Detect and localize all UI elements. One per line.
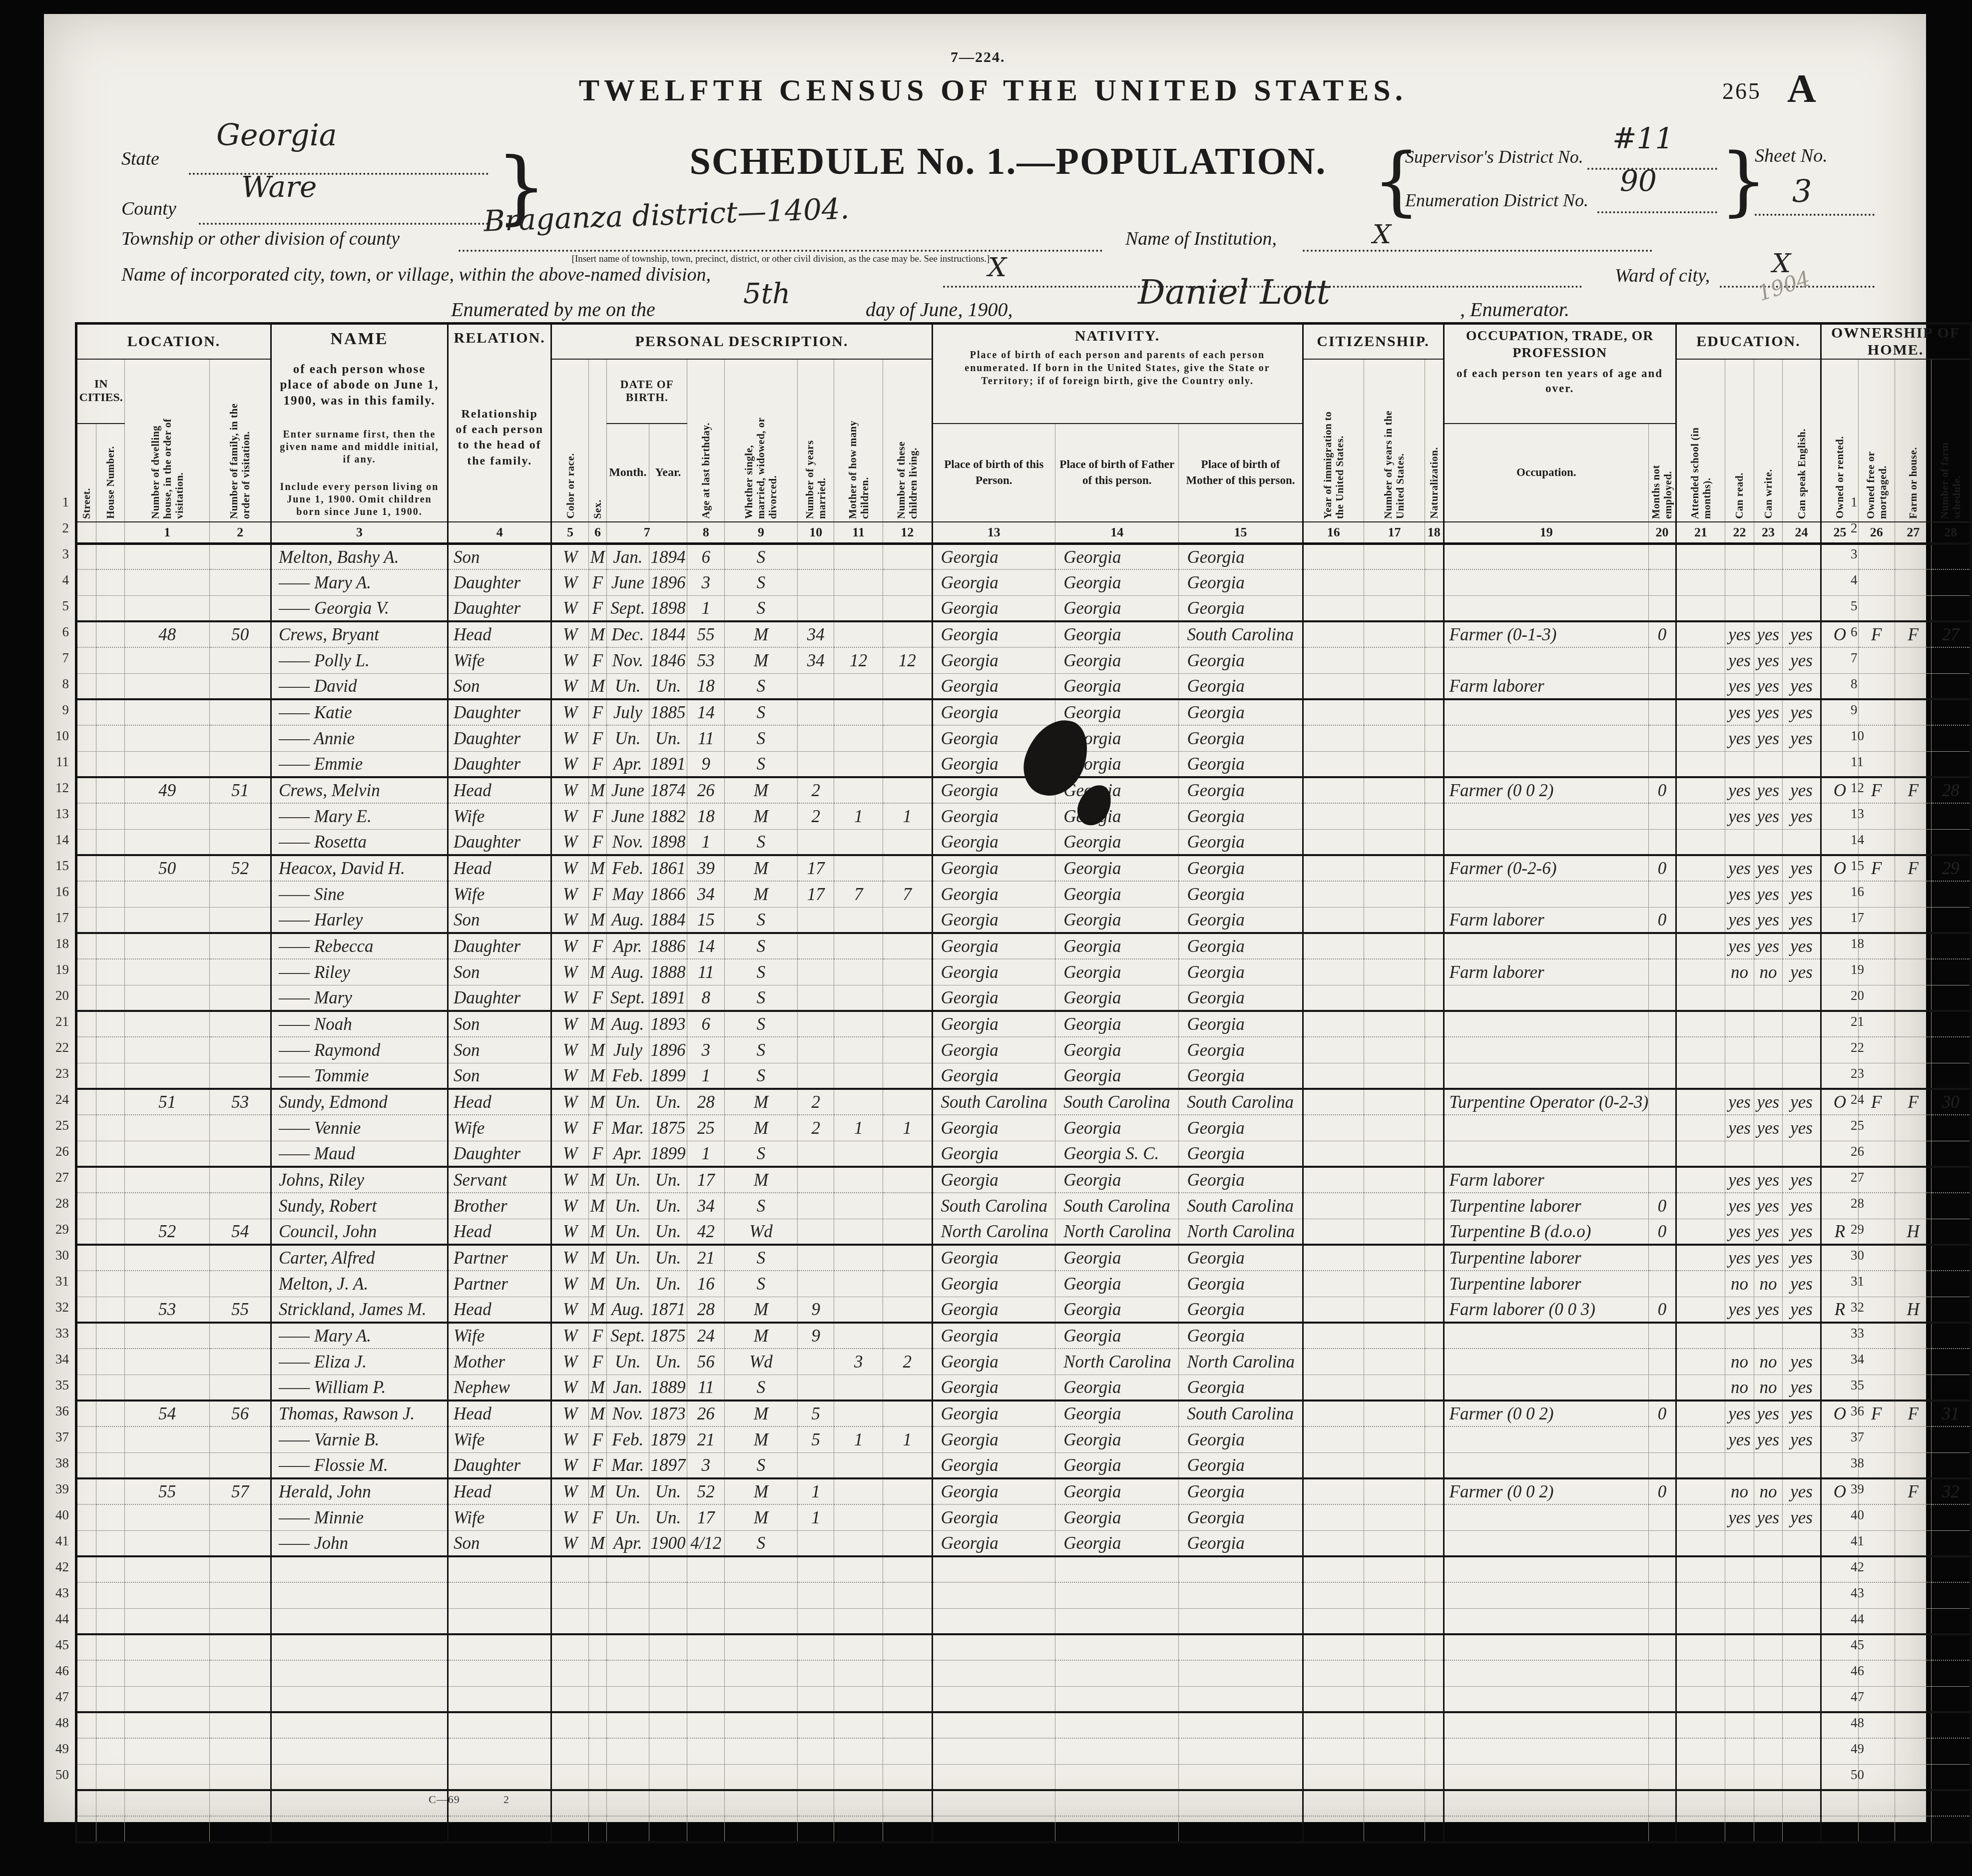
cell-pob_mother: South Carolina xyxy=(1179,621,1303,647)
cell-family xyxy=(210,1349,271,1375)
cell-farm_schedule: 32 xyxy=(1932,1478,1971,1504)
cell-pob_mother: Georgia xyxy=(1179,1478,1303,1504)
cell-farm_schedule xyxy=(1932,1608,1971,1634)
cell-children_living xyxy=(883,1530,932,1556)
cell-relation: Daughter xyxy=(448,985,551,1011)
cell-house xyxy=(96,1297,124,1323)
cell-marital: S xyxy=(725,699,798,725)
cell-pob xyxy=(932,1634,1055,1660)
cell-farm_house xyxy=(1895,751,1932,777)
cell-occupation xyxy=(1444,1582,1649,1608)
cell-can_read xyxy=(1725,1530,1754,1556)
cell-children_living xyxy=(883,1167,932,1193)
cell-street xyxy=(76,1297,96,1323)
row-number-right: 15 xyxy=(1851,853,1881,879)
cell-street xyxy=(76,1271,96,1297)
cell-pob: Georgia xyxy=(932,647,1055,673)
col-street-header: Street. xyxy=(76,424,96,522)
cell-family xyxy=(210,959,271,985)
cell-months_not_employed: 0 xyxy=(1649,1193,1676,1219)
table-row: —— VennieWifeWFMar.187525M211GeorgiaGeor… xyxy=(76,1115,1971,1141)
page-number: 265 xyxy=(1722,78,1761,104)
cell-sex xyxy=(588,1556,606,1582)
cell-age: 8 xyxy=(687,985,725,1011)
cell-dwelling: 54 xyxy=(125,1401,210,1426)
cell-can_english: yes xyxy=(1783,1375,1821,1401)
col-immigration-header: Year of immigration to the United States… xyxy=(1303,359,1364,522)
cell-farm_house xyxy=(1895,1141,1932,1167)
cell-can_english xyxy=(1783,829,1821,855)
cell-can_english: yes xyxy=(1783,959,1821,985)
cell-month xyxy=(607,1556,649,1582)
cell-can_write xyxy=(1754,543,1782,569)
cell-year: 1875 xyxy=(649,1115,687,1141)
cell-can_read xyxy=(1725,1323,1754,1349)
cell-family xyxy=(210,751,271,777)
cell-can_english xyxy=(1783,1816,1821,1842)
cell-name xyxy=(271,1634,448,1660)
cell-family xyxy=(210,647,271,673)
row-numbers-left: 1234567891011121314151617181920212223242… xyxy=(46,489,69,1788)
cell-pob_father: North Carolina xyxy=(1055,1219,1179,1245)
cell-mother_of xyxy=(834,1037,883,1063)
cell-can_read xyxy=(1725,1790,1754,1816)
cell-occupation xyxy=(1444,1375,1649,1401)
cell-marital xyxy=(725,1686,798,1712)
cell-farm_schedule xyxy=(1932,881,1971,907)
cell-relation: Partner xyxy=(448,1245,551,1271)
cell-relation: Daughter xyxy=(448,569,551,595)
cell-relation: Daughter xyxy=(448,1141,551,1167)
cell-children_living xyxy=(883,829,932,855)
cell-farm_schedule xyxy=(1932,1686,1971,1712)
cell-yrs_us xyxy=(1364,1686,1425,1712)
cell-school xyxy=(1676,1089,1725,1115)
cell-naturalization xyxy=(1425,1634,1444,1660)
cell-can_english: yes xyxy=(1783,699,1821,725)
cell-sex xyxy=(588,1712,606,1738)
cell-marital xyxy=(725,1608,798,1634)
cell-month: July xyxy=(607,699,649,725)
cell-mother_of: 1 xyxy=(834,1115,883,1141)
cell-farm_house: F xyxy=(1895,855,1932,881)
cell-name: Johns, Riley xyxy=(271,1167,448,1193)
cell-mother_of xyxy=(834,673,883,699)
cell-dwelling xyxy=(125,803,210,829)
cell-can_read: no xyxy=(1725,1478,1754,1504)
cell-house xyxy=(96,1634,124,1660)
cell-house xyxy=(96,1115,124,1141)
cell-can_english xyxy=(1783,1141,1821,1167)
cell-occupation: Farmer (0 0 2) xyxy=(1444,1478,1649,1504)
cell-month xyxy=(607,1660,649,1686)
cell-age xyxy=(687,1582,725,1608)
cell-children_living xyxy=(883,569,932,595)
cell-months_not_employed: 0 xyxy=(1649,1401,1676,1426)
cell-children_living xyxy=(883,621,932,647)
cell-month: Dec. xyxy=(607,621,649,647)
cell-family xyxy=(210,1764,271,1790)
cell-can_read xyxy=(1725,829,1754,855)
cell-age: 15 xyxy=(687,907,725,933)
cell-sex: F xyxy=(588,751,606,777)
cell-relation: Head xyxy=(448,855,551,881)
cell-mother_of: 3 xyxy=(834,1349,883,1375)
cell-pob xyxy=(932,1608,1055,1634)
cell-sex: M xyxy=(588,777,606,803)
cell-name: Carter, Alfred xyxy=(271,1245,448,1271)
row-number-left: 14 xyxy=(46,827,69,853)
cell-naturalization xyxy=(1425,543,1444,569)
cell-can_read: yes xyxy=(1725,777,1754,803)
cell-age: 53 xyxy=(687,647,725,673)
cell-street xyxy=(76,1816,96,1842)
cell-dwelling xyxy=(125,1426,210,1452)
cell-can_write: yes xyxy=(1754,777,1782,803)
cell-farm_schedule xyxy=(1932,1426,1971,1452)
cell-relation: Son xyxy=(448,673,551,699)
cell-school xyxy=(1676,1452,1725,1478)
cell-yrs_us xyxy=(1364,1219,1425,1245)
row-number-left: 42 xyxy=(46,1554,69,1580)
cell-occupation xyxy=(1444,1634,1649,1660)
cell-yrs_us xyxy=(1364,1089,1425,1115)
col-pob-person-header: Place of birth of this Person. xyxy=(932,424,1055,522)
table-row: —— Flossie M.DaughterWFMar.18973SGeorgia… xyxy=(76,1452,1971,1478)
cell-pob_father: North Carolina xyxy=(1055,1349,1179,1375)
cell-yrs_us xyxy=(1364,1193,1425,1219)
cell-yrs_married: 2 xyxy=(797,777,834,803)
cell-age: 21 xyxy=(687,1426,725,1452)
table-row: 5254Council, JohnHeadWMUn.Un.42WdNorth C… xyxy=(76,1219,1971,1245)
cell-naturalization xyxy=(1425,647,1444,673)
cell-imm_year xyxy=(1303,1011,1364,1037)
column-number: 21 xyxy=(1676,522,1725,544)
cell-year: Un. xyxy=(649,1245,687,1271)
cell-pob xyxy=(932,1764,1055,1790)
date-of-birth-header: DATE OF BIRTH. xyxy=(607,359,687,424)
cell-color: W xyxy=(551,543,588,569)
row-number-right: 26 xyxy=(1851,1138,1881,1164)
cell-naturalization xyxy=(1425,1530,1444,1556)
cell-school xyxy=(1676,1401,1725,1426)
cell-children_living xyxy=(883,1401,932,1426)
cell-can_english xyxy=(1783,1712,1821,1738)
cell-occupation xyxy=(1444,1790,1649,1816)
group-nativity: NATIVITY. Place of birth of each person … xyxy=(932,324,1303,424)
row-number-right: 6 xyxy=(1851,619,1881,645)
cell-imm_year xyxy=(1303,751,1364,777)
cell-months_not_employed xyxy=(1649,829,1676,855)
cell-relation: Wife xyxy=(448,1426,551,1452)
row-number-right: 50 xyxy=(1851,1762,1881,1788)
cell-color: W xyxy=(551,1530,588,1556)
cell-can_read xyxy=(1725,1556,1754,1582)
cell-pob: Georgia xyxy=(932,855,1055,881)
cell-sex xyxy=(588,1608,606,1634)
cell-marital: S xyxy=(725,725,798,751)
cell-house xyxy=(96,647,124,673)
cell-age: 11 xyxy=(687,959,725,985)
cell-school xyxy=(1676,1712,1725,1738)
cell-pob_mother xyxy=(1179,1764,1303,1790)
cell-pob: Georgia xyxy=(932,1063,1055,1089)
cell-dwelling xyxy=(125,751,210,777)
cell-sex: M xyxy=(588,1011,606,1037)
cell-sex: F xyxy=(588,725,606,751)
cell-yrs_us xyxy=(1364,1011,1425,1037)
cell-house xyxy=(96,699,124,725)
cell-pob_father xyxy=(1055,1634,1179,1660)
cell-mother_of xyxy=(834,1582,883,1608)
cell-relation xyxy=(448,1582,551,1608)
cell-yrs_us xyxy=(1364,1323,1425,1349)
cell-year: Un. xyxy=(649,1167,687,1193)
cell-can_write: yes xyxy=(1754,1245,1782,1271)
cell-children_living xyxy=(883,1089,932,1115)
cell-house xyxy=(96,1712,124,1738)
group-location: LOCATION. xyxy=(76,324,271,360)
census-table: LOCATION. NAME of each person whose plac… xyxy=(75,322,1972,1844)
cell-occupation: Farmer (0 0 2) xyxy=(1444,1401,1649,1426)
cell-imm_year xyxy=(1303,1089,1364,1115)
cell-farm_schedule: 28 xyxy=(1932,777,1971,803)
cell-sex xyxy=(588,1634,606,1660)
cell-name: Crews, Melvin xyxy=(271,777,448,803)
cell-sex: F xyxy=(588,1452,606,1478)
row-number-left: 10 xyxy=(46,723,69,749)
cell-yrs_us xyxy=(1364,1037,1425,1063)
cell-family xyxy=(210,829,271,855)
cell-can_read: yes xyxy=(1725,1167,1754,1193)
cell-mother_of xyxy=(834,699,883,725)
cell-school xyxy=(1676,933,1725,959)
cell-marital: S xyxy=(725,543,798,569)
cell-months_not_employed xyxy=(1649,1245,1676,1271)
cell-farm_house xyxy=(1895,569,1932,595)
cell-imm_year xyxy=(1303,1478,1364,1504)
row-number-right: 24 xyxy=(1851,1086,1881,1112)
cell-age: 28 xyxy=(687,1297,725,1323)
cell-occupation: Turpentine Operator (0-2-3) xyxy=(1444,1089,1649,1115)
cell-imm_year xyxy=(1303,829,1364,855)
cell-house xyxy=(96,1089,124,1115)
cell-dwelling xyxy=(125,829,210,855)
row-number-left: 7 xyxy=(46,645,69,671)
cell-occupation xyxy=(1444,1323,1649,1349)
cell-street xyxy=(76,1115,96,1141)
cell-year xyxy=(649,1764,687,1790)
cell-sex: F xyxy=(588,569,606,595)
cell-school xyxy=(1676,1426,1725,1452)
cell-color: W xyxy=(551,1375,588,1401)
cell-pob_father: Georgia xyxy=(1055,1375,1179,1401)
row-number-left: 4 xyxy=(46,567,69,593)
cell-house xyxy=(96,933,124,959)
cell-color: W xyxy=(551,725,588,751)
name-note1: Enter surname first, then the given name… xyxy=(277,429,442,466)
cell-street xyxy=(76,1634,96,1660)
cell-family xyxy=(210,699,271,725)
cell-pob: Georgia xyxy=(932,1375,1055,1401)
cell-relation: Mother xyxy=(448,1349,551,1375)
cell-age xyxy=(687,1790,725,1816)
cell-house xyxy=(96,1037,124,1063)
table-row xyxy=(76,1816,1971,1842)
row-number-left: 20 xyxy=(46,982,69,1008)
cell-street xyxy=(76,907,96,933)
cell-house xyxy=(96,985,124,1011)
cell-mother_of: 12 xyxy=(834,647,883,673)
cell-months_not_employed xyxy=(1649,1582,1676,1608)
cell-street xyxy=(76,1478,96,1504)
cell-month: Aug. xyxy=(607,959,649,985)
cell-year xyxy=(649,1816,687,1842)
cell-yrs_married xyxy=(797,595,834,621)
row-number-left: 48 xyxy=(46,1710,69,1736)
cell-year xyxy=(649,1556,687,1582)
cell-year: 1846 xyxy=(649,647,687,673)
row-number-right: 35 xyxy=(1851,1372,1881,1398)
row-number-left: 8 xyxy=(46,671,69,697)
cell-farm_schedule xyxy=(1932,1245,1971,1271)
cell-house xyxy=(96,1011,124,1037)
cell-mother_of xyxy=(834,1219,883,1245)
row-number-right: 4 xyxy=(1851,567,1881,593)
cell-relation xyxy=(448,1556,551,1582)
cell-can_read: no xyxy=(1725,959,1754,985)
row-number-right: 18 xyxy=(1851,931,1881,956)
cell-children_living: 2 xyxy=(883,1349,932,1375)
cell-children_living: 1 xyxy=(883,1426,932,1452)
cell-house xyxy=(96,1790,124,1816)
cell-yrs_us xyxy=(1364,1504,1425,1530)
cell-occupation: Farmer (0 0 2) xyxy=(1444,777,1649,803)
cell-month: Un. xyxy=(607,1193,649,1219)
cell-naturalization xyxy=(1425,1193,1444,1219)
cell-yrs_us xyxy=(1364,647,1425,673)
cell-relation: Head xyxy=(448,1089,551,1115)
column-number: 16 xyxy=(1303,522,1364,544)
cell-family xyxy=(210,881,271,907)
cell-children_living xyxy=(883,1011,932,1037)
cell-can_read: yes xyxy=(1725,933,1754,959)
cell-house xyxy=(96,907,124,933)
cell-pob_father: Georgia xyxy=(1055,673,1179,699)
cell-color: W xyxy=(551,1063,588,1089)
cell-marital: S xyxy=(725,1375,798,1401)
cell-imm_year xyxy=(1303,595,1364,621)
cell-color: W xyxy=(551,855,588,881)
cell-street xyxy=(76,777,96,803)
row-numbers-right: 1234567891011121314151617181920212223242… xyxy=(1847,489,1881,1788)
row-number-left: 2 xyxy=(46,515,69,541)
cell-year: 1866 xyxy=(649,881,687,907)
cell-year xyxy=(649,1712,687,1738)
cell-children_living xyxy=(883,1271,932,1297)
cell-year: 1889 xyxy=(649,1375,687,1401)
cell-can_english: yes xyxy=(1783,1089,1821,1115)
cell-children_living xyxy=(883,1582,932,1608)
cell-yrs_us xyxy=(1364,1401,1425,1426)
column-number: 8 xyxy=(687,522,725,544)
enumeration-value: 90 xyxy=(1620,164,1657,198)
col-house-number-header: House Number. xyxy=(96,424,124,522)
cell-family xyxy=(210,1790,271,1816)
cell-mother_of xyxy=(834,1608,883,1634)
cell-name: —— William P. xyxy=(271,1375,448,1401)
cell-can_read: yes xyxy=(1725,725,1754,751)
cell-year: 1871 xyxy=(649,1297,687,1323)
cell-pob: Georgia xyxy=(932,933,1055,959)
cell-can_english xyxy=(1783,1037,1821,1063)
cell-children_living xyxy=(883,1193,932,1219)
cell-sex: M xyxy=(588,959,606,985)
cell-yrs_us xyxy=(1364,1245,1425,1271)
cell-yrs_married: 5 xyxy=(797,1426,834,1452)
cell-mother_of xyxy=(834,1816,883,1842)
cell-imm_year xyxy=(1303,1141,1364,1167)
cell-naturalization xyxy=(1425,1115,1444,1141)
cell-pob: Georgia xyxy=(932,569,1055,595)
cell-owned_free xyxy=(1858,1816,1895,1842)
cell-imm_year xyxy=(1303,699,1364,725)
cell-yrs_us xyxy=(1364,1790,1425,1816)
cell-sex xyxy=(588,1816,606,1842)
cell-pob_father xyxy=(1055,1660,1179,1686)
cell-imm_year xyxy=(1303,1504,1364,1530)
cell-pob_mother: Georgia xyxy=(1179,699,1303,725)
cell-month: Un. xyxy=(607,1349,649,1375)
cell-marital: S xyxy=(725,1530,798,1556)
cell-month: Sept. xyxy=(607,985,649,1011)
cell-month: Aug. xyxy=(607,907,649,933)
cell-pob: Georgia xyxy=(932,1297,1055,1323)
cell-farm_schedule xyxy=(1932,1582,1971,1608)
cell-age: 16 xyxy=(687,1271,725,1297)
cell-street xyxy=(76,1712,96,1738)
cell-color xyxy=(551,1764,588,1790)
cell-children_living xyxy=(883,959,932,985)
cell-name: —— Mary A. xyxy=(271,1323,448,1349)
cell-color: W xyxy=(551,1219,588,1245)
row-number-left: 17 xyxy=(46,905,69,931)
table-row: —— RaymondSonWMJuly18963SGeorgiaGeorgiaG… xyxy=(76,1037,1971,1063)
cell-marital: M xyxy=(725,881,798,907)
cell-house xyxy=(96,1063,124,1089)
cell-dwelling: 53 xyxy=(125,1297,210,1323)
cell-year: Un. xyxy=(649,1504,687,1530)
cell-month: Mar. xyxy=(607,1115,649,1141)
cell-children_living xyxy=(883,1063,932,1089)
cell-street xyxy=(76,1375,96,1401)
group-personal-description: PERSONAL DESCRIPTION. xyxy=(551,324,932,360)
cell-age xyxy=(687,1816,725,1842)
cell-sex: M xyxy=(588,855,606,881)
cell-color: W xyxy=(551,1089,588,1115)
cell-relation: Daughter xyxy=(448,725,551,751)
cell-color: W xyxy=(551,673,588,699)
cell-children_living xyxy=(883,1297,932,1323)
cell-pob_father: Georgia xyxy=(1055,907,1179,933)
cell-pob_father: Georgia xyxy=(1055,1115,1179,1141)
cell-naturalization xyxy=(1425,1478,1444,1504)
cell-color: W xyxy=(551,959,588,985)
row-number-right: 9 xyxy=(1851,697,1881,723)
cell-can_english xyxy=(1783,751,1821,777)
cell-dwelling xyxy=(125,907,210,933)
cell-can_english: yes xyxy=(1783,1271,1821,1297)
